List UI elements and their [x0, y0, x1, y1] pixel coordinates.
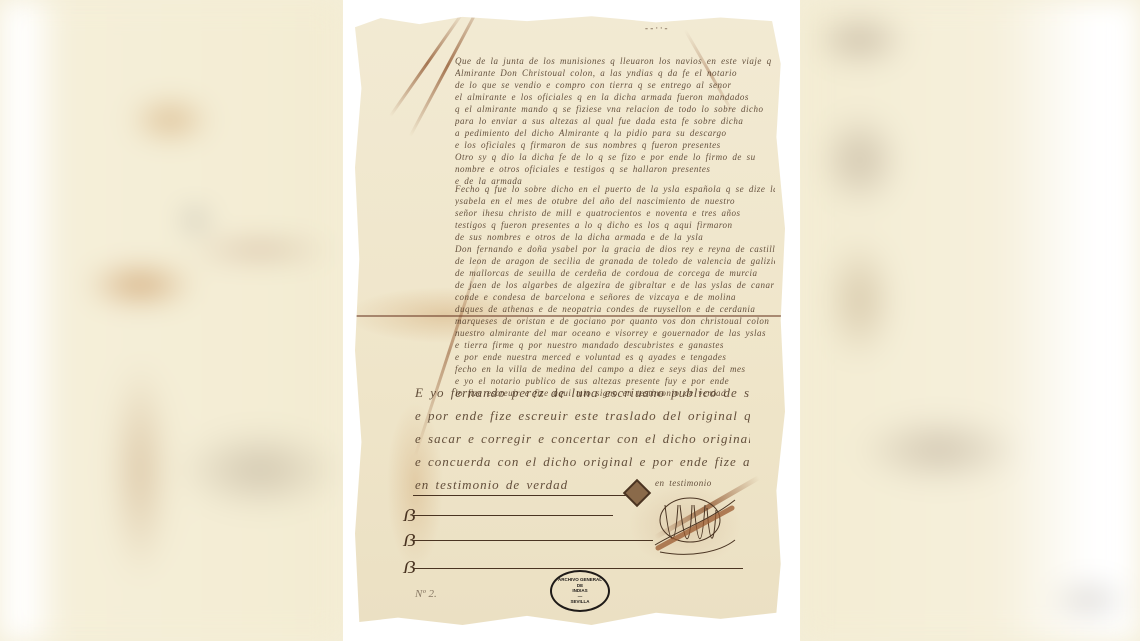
text-line: duques de athenas e de neopatria condes …	[455, 303, 775, 315]
document-number-annotation: Nº 2.	[415, 588, 437, 600]
text-line: de jaen de los algarbes de algezira de g…	[455, 279, 775, 291]
text-line: conde e condesa de barcelona e señores d…	[455, 291, 775, 303]
text-line: Que de la junta de los munisiones q lleu…	[455, 55, 775, 67]
text-line: e los oficiales q firmaron de sus nombre…	[455, 139, 775, 151]
text-line: e tierra firme q por nuestro mandado des…	[455, 339, 775, 351]
text-line: Don fernando e doña ysabel por la gracia…	[455, 243, 775, 255]
text-line: Otro sy q dio la dicha fe de lo q se fiz…	[455, 151, 775, 163]
notary-sign-text: en testimonio	[655, 477, 775, 489]
stamp-line: SEVILLA	[570, 599, 589, 605]
signature-rule	[413, 568, 743, 569]
text-line: de mallorcas de seuilla de cerdeña de co…	[455, 267, 775, 279]
paragraph-2: Fecho q fue lo sobre dicho en el puerto …	[455, 183, 775, 243]
text-line: a pedimiento del dicho Almirante q la pi…	[455, 127, 775, 139]
text-line: Fecho q fue lo sobre dicho en el puerto …	[455, 183, 775, 195]
text-line: marqueses de oristan e de gociano por qu…	[455, 315, 775, 327]
text-line: señor ihesu christo de mill e quatrocien…	[455, 207, 775, 219]
manuscript-page: - - · · - Que de la junta de los munisio…	[355, 15, 785, 625]
signature-rule	[413, 515, 613, 516]
text-line: para lo enviar a sus altezas al qual fue…	[455, 115, 775, 127]
archive-stamp: ARCHIVO GENERAL DE INDIAS — SEVILLA	[550, 570, 610, 612]
text-line: ysabela en el mes de otubre del año del …	[455, 195, 775, 207]
text-line: e sacar e corregir e concertar con el di…	[415, 427, 750, 450]
text-line: Almirante Don Christoual colon, a las yn…	[455, 67, 775, 79]
text-line: de sus nombres e otros de la dicha armad…	[455, 231, 775, 243]
paragraph-1: Que de la junta de los munisiones q lleu…	[455, 55, 775, 187]
text-line: nombre e otros oficiales e testigos q se…	[455, 163, 775, 175]
paragraph-3: Don fernando e doña ysabel por la gracia…	[455, 243, 775, 399]
document-frame: - - · · - Que de la junta de los munisio…	[343, 0, 800, 641]
flourish-mark: ẞ	[403, 557, 415, 578]
text-line: nuestro almirante del mar oceano e visor…	[455, 327, 775, 339]
text-line: el almirante e los oficiales q en la dic…	[455, 91, 775, 103]
flourish-mark: ẞ	[403, 530, 415, 551]
text-line: E yo fernando perez de luna escriuano pu…	[415, 381, 750, 404]
signature-rule	[413, 495, 633, 496]
page-reference: - - · · -	[645, 23, 668, 33]
text-line: testigos q fueron presentes a lo q dicho…	[455, 219, 775, 231]
text-line: de leon de aragon de secilia de granada …	[455, 255, 775, 267]
text-line: de lo que se vendio e compro con tierra …	[455, 79, 775, 91]
blurred-background-left	[0, 0, 343, 641]
text-line: q el almirante mando q se fiziese vna re…	[455, 103, 775, 115]
text-line: fecho en la villa de medina del campo a …	[455, 363, 775, 375]
signature-rule	[413, 540, 653, 541]
text-line: e por ende fize escreuir este traslado d…	[415, 404, 750, 427]
blurred-background-right	[800, 0, 1140, 641]
text-line: e por ende nuestra merced e voluntad es …	[455, 351, 775, 363]
signature-flourish-icon	[650, 490, 740, 560]
flourish-mark: ẞ	[403, 505, 415, 526]
text-line: e concuerda con el dicho original e por …	[415, 450, 750, 473]
